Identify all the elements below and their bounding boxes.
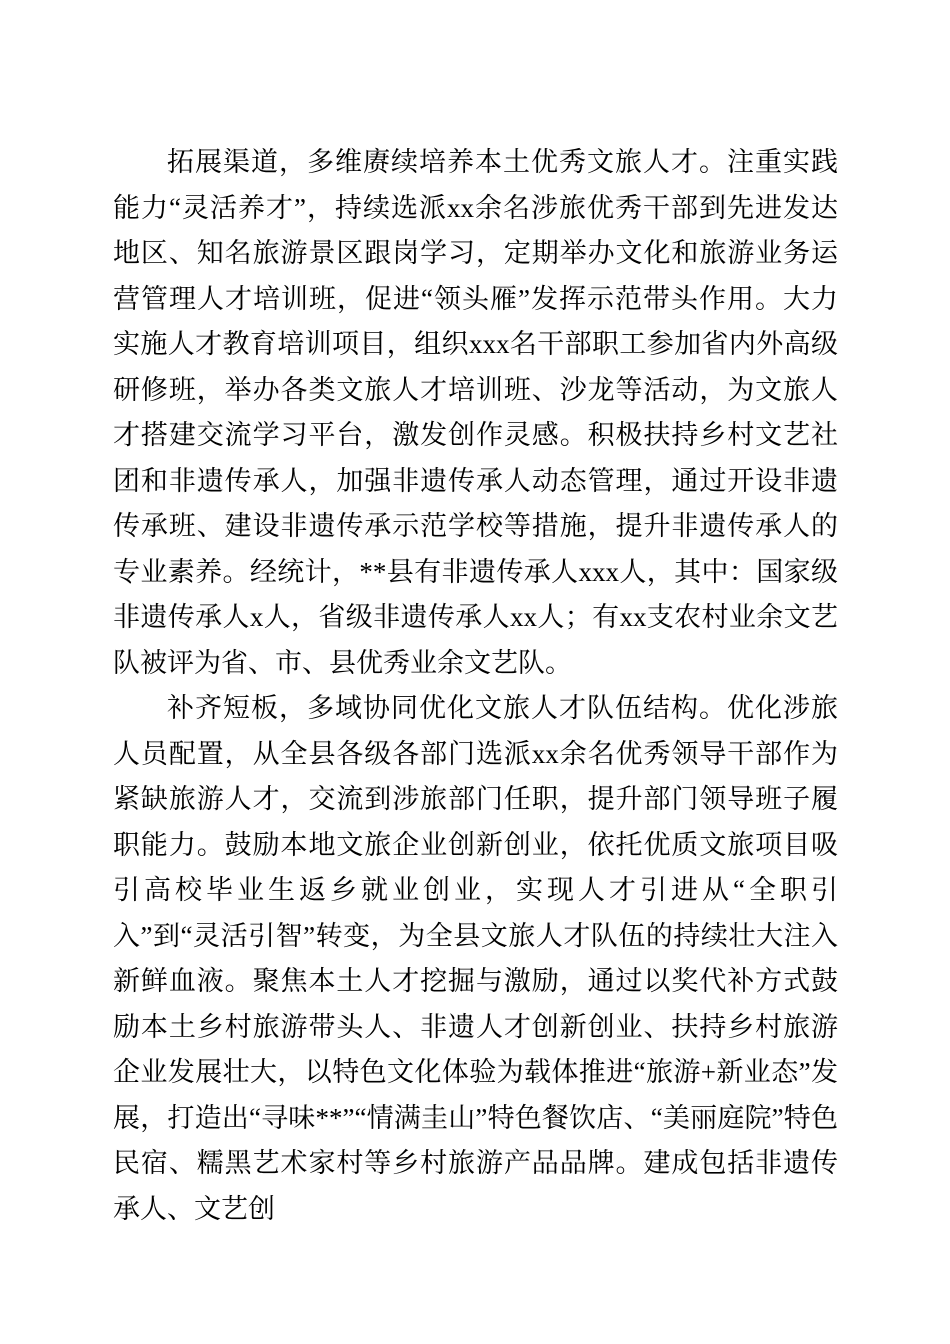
document-page: 拓展渠道，多维赓续培养本土优秀文旅人才。注重实践能力“灵活养才”，持续选派xx余… — [0, 0, 950, 1344]
body-paragraph-2: 补齐短板，多域协同优化文旅人才队伍结构。优化涉旅人员配置，从全县各级各部门选派x… — [113, 686, 838, 1232]
body-paragraph-1: 拓展渠道，多维赓续培养本土优秀文旅人才。注重实践能力“灵活养才”，持续选派xx余… — [113, 140, 838, 686]
